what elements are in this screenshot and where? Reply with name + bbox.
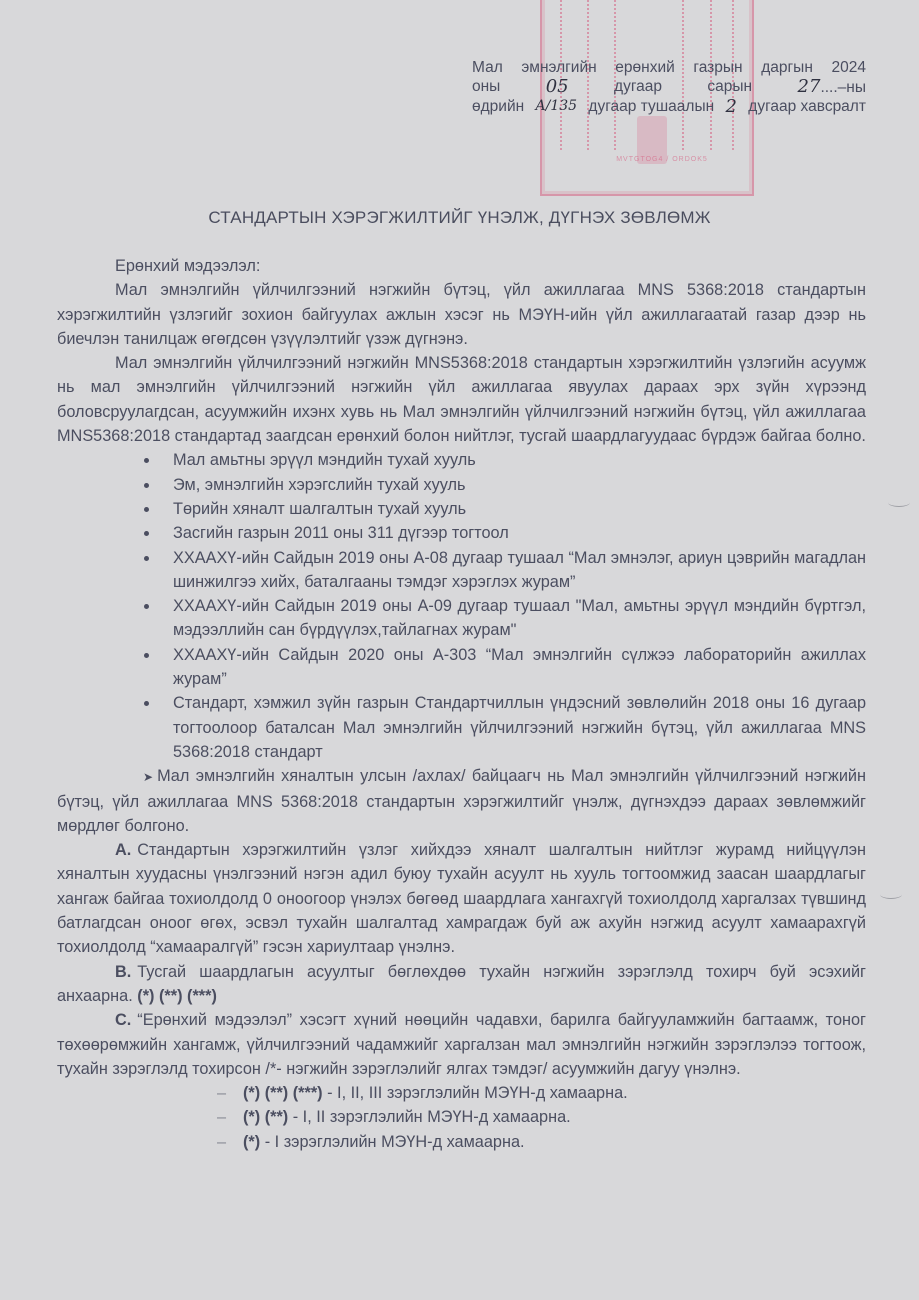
document-body: Ерөнхий мэдээлэл: Мал эмнэлгийн үйлчилгэ… [57,254,866,1154]
list-item: Эм, эмнэлгийн хэрэгслийн тухай хууль [173,473,866,497]
annex-note-line-3: өдрийн A/135 дугаар тушаалын 2 дугаар ха… [472,97,866,116]
document-title: СТАНДАРТЫН ХЭРЭГЖИЛТИЙГ ҮНЭЛЖ, ДҮГНЭХ ЗӨ… [0,208,919,228]
annex-note-line-2: оны 05 дугаар сарын 27....–ны [472,77,866,97]
paragraph-1: Мал эмнэлгийн үйлчилгээний нэгжийн бүтэц… [57,278,866,351]
section-heading: Ерөнхий мэдээлэл: [57,254,866,278]
list-item: (*) - I зэрэглэлийн МЭҮН-д хамаарна. [243,1130,866,1154]
annex-note-line-1: Мал эмнэлгийн ерөнхий газрын даргын 2024 [472,58,866,77]
handwritten-day: 27 [798,76,821,97]
handwritten-month: 05 [546,77,569,97]
list-item: (*) (**) (***) - I, II, III зэрэглэлийн … [243,1081,866,1105]
list-item: Мал амьтны эрүүл мэндийн тухай хууль [173,448,866,472]
list-item: Засгийн газрын 2011 оны 311 дүгээр тогто… [173,521,866,545]
list-item: ХХААХҮ-ийн Сайдын 2019 оны А-09 дугаар т… [173,594,866,643]
guideline-c: С.“Ерөнхий мэдээлэл” хэсэгт хүний нөөций… [57,1008,866,1081]
list-item: Төрийн хяналт шалгалтын тухай хууль [173,497,866,521]
paragraph-2: Мал эмнэлгийн үйлчилгээний нэгжийн MNS53… [57,351,866,448]
list-item: ХХААХҮ-ийн Сайдын 2019 оны А-08 дугаар т… [173,546,866,595]
list-item: (*) (**) - I, II зэрэглэлийн МЭҮН-д хама… [243,1105,866,1129]
stamp-text: MVTGTOG4 / ORDOK5 [582,156,742,163]
guideline-a: А.Стандартын хэрэгжилтийн үзлэг хийхдээ … [57,838,866,959]
handwritten-annex-number: 2 [725,97,736,116]
legal-basis-list: Мал амьтны эрүүл мэндийн тухай хууль Эм,… [57,448,866,764]
paper-edge-mark [880,890,902,899]
paper-edge-mark [888,498,910,507]
annex-note: Мал эмнэлгийн ерөнхий газрын даргын 2024… [472,58,866,116]
paragraph-3: ➤Мал эмнэлгийн хяналтын улсын /ахлах/ ба… [57,764,866,838]
handwritten-order-number: A/135 [536,97,578,116]
guideline-b: В.Тусгай шаардлагын асуултыг бөглөхдөө т… [57,960,866,1009]
list-item: ХХААХҮ-ийн Сайдын 2020 оны А-303 “Мал эм… [173,643,866,692]
list-item: Стандарт, хэмжил зүйн газрын Стандартчил… [173,691,866,764]
arrow-bullet-icon: ➤ [143,765,153,789]
level-list: (*) (**) (***) - I, II, III зэрэглэлийн … [57,1081,866,1154]
